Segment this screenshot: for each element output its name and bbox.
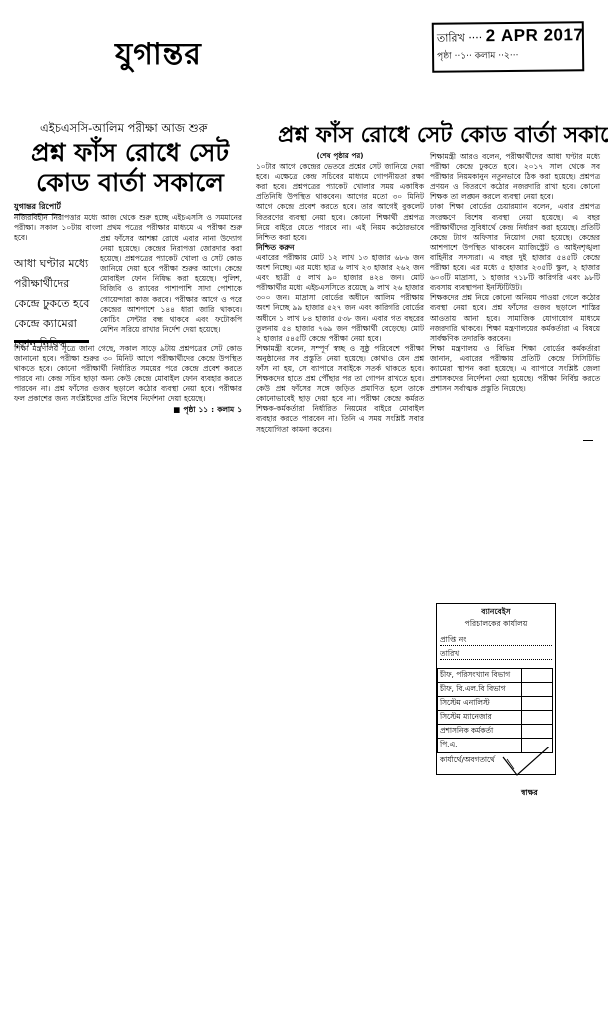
routing-checkbox: [522, 711, 553, 725]
receipt-date-field: তারিখ: [440, 648, 552, 660]
headline-line-1: প্রশ্ন ফাঁস রোধে সেট: [30, 138, 230, 168]
signature-label: স্বাক্ষর: [521, 788, 538, 800]
page-label: পৃষ্ঠা: [437, 52, 452, 62]
pull-quote-line: আধা ঘণ্টার মধ্যে: [14, 254, 94, 274]
routing-stamp-header: ব্যানবেইস পরিচালকের কার্যালয়: [437, 606, 555, 630]
routing-stamp: ব্যানবেইস পরিচালকের কার্যালয় প্রাপ্তি ন…: [436, 603, 556, 775]
routing-label: চীফ, বি.এল.বি বিভাগ: [438, 683, 522, 697]
date-stamp-page-row: পৃষ্ঠা ··১·· কলাম ··২···: [437, 48, 518, 64]
right-article-headline: প্রশ্ন ফাঁস রোধে সেট কোড বার্তা সকালে: [278, 118, 608, 155]
left-article-narrow-column: প্রশ্ন ফাঁসের আশঙ্কা রোধে এবার নানা উদ্য…: [100, 234, 242, 335]
pull-quote-line: কেন্দ্রে ঢুকতে হবে: [14, 294, 94, 314]
body-paragraph: শিক্ষকদের প্রশ্ন নিয়ে কোনো অনিয়ম পাওয়…: [430, 293, 600, 343]
pull-quote-line: পরীক্ষার্থীদের: [14, 274, 94, 294]
checkmark-icon: [487, 747, 557, 792]
pull-quote-rule: [14, 340, 89, 343]
routing-table: চীফ, পরিসংখ্যান বিভাগ চীফ, বি.এল.বি বিভা…: [437, 668, 553, 753]
routing-label: চীফ, পরিসংখ্যান বিভাগ: [438, 669, 522, 683]
body-paragraph: ঢাকা শিক্ষা বোর্ডের চেয়ারম্যান বলেন, এব…: [430, 202, 600, 293]
routing-row: চীফ, বি.এল.বি বিভাগ: [438, 683, 553, 697]
date-stamp: তারিখ ···· 2 APR 2017 পৃষ্ঠা ··১·· কলাম …: [432, 21, 585, 73]
routing-checkbox: [522, 725, 553, 739]
column-label: কলাম: [475, 51, 496, 61]
newspaper-masthead: যুগান্তর: [115, 30, 202, 81]
routing-checkbox: [522, 683, 553, 697]
routing-row: চীফ, পরিসংখ্যান বিভাগ: [438, 669, 553, 683]
body-paragraph: শিক্ষা মন্ত্রণালয় ও বিভিন্ন শিক্ষা বোর্…: [430, 344, 600, 394]
left-article-headline: প্রশ্ন ফাঁস রোধে সেট কোড বার্তা সকালে: [30, 138, 230, 198]
routing-row: সিস্টেম ম্যানেজার: [438, 711, 553, 725]
body-paragraph: এবারের পরীক্ষায় মোট ১২ লাখ ১৩ হাজার ৬৮৬…: [256, 253, 424, 344]
receipt-number-field: প্রাপ্তি নং: [440, 634, 552, 646]
continued-from-label: (শেষ পৃষ্ঠার পর): [256, 151, 424, 161]
routing-label: সিস্টেম ম্যানেজার: [438, 711, 522, 725]
pull-quotes: আধা ঘণ্টার মধ্যে পরীক্ষার্থীদের কেন্দ্রে…: [14, 254, 94, 354]
continuation-marker: ■ পৃষ্ঠা ১১ : কলাম ১: [14, 405, 242, 415]
office-name: ব্যানবেইস: [437, 606, 555, 618]
left-article-kicker: এইচএসসি-আলিম পরীক্ষা আজ শুরু: [40, 120, 207, 139]
body-paragraph: শিক্ষামন্ত্রী আরও বলেন, পরীক্ষার্থীদের আ…: [430, 152, 600, 202]
right-article-column-2: শিক্ষামন্ত্রী আরও বলেন, পরীক্ষার্থীদের আ…: [430, 152, 600, 394]
right-article-column-1: (শেষ পৃষ্ঠার পর) ১০টার আগে কেন্দ্রের ভেত…: [256, 151, 424, 435]
routing-row: সিস্টেম এনালিস্ট: [438, 697, 553, 711]
body-paragraph: শিক্ষামন্ত্রী বলেন, সম্পূর্ণ স্বচ্ছ ও সু…: [256, 344, 424, 435]
routing-checkbox: [522, 669, 553, 683]
body-paragraph: ১০টার আগে কেন্দ্রের ভেতরে প্রশ্নের সেট জ…: [256, 162, 424, 243]
routing-label: সিস্টেম এনালিস্ট: [438, 697, 522, 711]
article-end-mark: [583, 440, 593, 441]
date-label: তারিখ: [437, 31, 465, 44]
subhead: নিশ্চিত করুন: [256, 243, 424, 253]
date-value: 2 APR 2017: [486, 25, 584, 45]
office-title: পরিচালকের কার্যালয়: [437, 618, 555, 630]
routing-row: প্রশাসনিক কর্মকর্তা: [438, 725, 553, 739]
date-stamp-date-row: তারিখ ···· 2 APR 2017: [437, 25, 584, 49]
pull-quote-line: কেন্দ্রে ক্যামেরা: [14, 314, 94, 334]
body-paragraph: শিক্ষা মন্ত্রণালয় সূত্রে জানা গেছে, সকা…: [14, 344, 242, 405]
left-article-bottom-column: শিক্ষা মন্ত্রণালয় সূত্রে জানা গেছে, সকা…: [14, 344, 242, 415]
routing-label: প্রশাসনিক কর্মকর্তা: [438, 725, 522, 739]
headline-line-2: কোড বার্তা সকালে: [30, 168, 230, 198]
routing-checkbox: [522, 697, 553, 711]
body-paragraph: প্রশ্ন ফাঁসের আশঙ্কা রোধে এবার নানা উদ্য…: [100, 234, 242, 335]
